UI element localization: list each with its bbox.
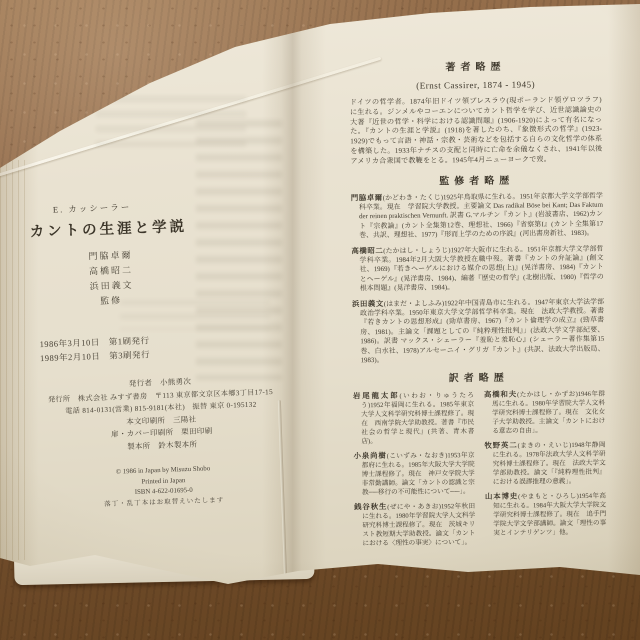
supervisor-entry: 浜田義文(はまだ・よしふみ)1922年中国青島市に生れる。1947年東京大学法学… (352, 296, 605, 365)
biography-page: 著者略歴 (Ernst Cassirer, 1874 - 1945) ドイツの哲… (349, 57, 606, 554)
author-bio-paragraph: ドイツの哲学者。1874年旧ドイツ領ブレスラウ(現ポーランド領ヴロツラフ)に生れ… (350, 96, 603, 167)
person-name: 高橋和夫 (484, 390, 517, 399)
book-title: カントの生涯と学説 (29, 212, 280, 242)
person-name: 岩尾龍太郎 (353, 391, 400, 400)
translator-entry: 山本博史(やまもと・ひろし)1954年高知に生れる。1984年大阪大学大学院文学… (485, 491, 606, 538)
translator-entry: 小泉尚樹(こいずみ・なおき)1953年京都府に生れる。1985年大阪大学大学院博… (354, 451, 475, 498)
person-name: 高橋昭二 (351, 246, 383, 255)
translator-entry: 高橋和夫(たかはし・かずお)1946年群馬に生れる。1980年学習院大学人文科学… (484, 389, 605, 436)
translator-entry: 牧野英二(まきの・えいじ)1948年静岡に生れる。1978年法政大学人文科学研究… (484, 440, 605, 487)
person-name: 銭谷秋生 (354, 502, 387, 511)
person-name: 山本博史 (485, 492, 518, 501)
publisher-block: 発行者 小熊勇次 発行所 株式会社 みすず書房 〒113 東京都文京区本郷3丁目… (35, 373, 287, 457)
person-bio: (かどわき・たくじ)1925年鳥取県に生れる。1951年京都大学文学部哲学科卒業… (359, 192, 603, 239)
copyright-block: © 1986 in Japan by Misuzu Shobo Printed … (38, 462, 289, 513)
person-name: 小泉尚樹 (354, 451, 387, 460)
supervisor-entries: 門脇卓爾(かどわき・たくじ)1925年鳥取県に生れる。1951年京都大学文学部哲… (351, 190, 605, 366)
person-name: 浜田義文 (352, 299, 384, 308)
supervisors-heading: 監修者略歴 (351, 170, 603, 188)
left-page-edge-stack (0, 160, 26, 560)
translator-entry: 岩尾龍太郎(いわお・りゅうたろう)1952年福岡に生れる。1985年東京大学人文… (353, 391, 475, 447)
author-bio-heading: 著者略歴 (349, 57, 601, 75)
person-bio: (はまだ・よしふみ)1922年中国青島市に生れる。1947年東京大学法学部政治学… (360, 298, 604, 364)
person-name: 牧野英二 (484, 441, 517, 450)
translator-column-right: 高橋和夫(たかはし・かずお)1946年群馬に生れる。1980年学習院大学人文科学… (484, 389, 607, 552)
person-bio: (たかはし・しょうじ)1927年大阪市に生れる。1951年京都大学文学部哲学科卒… (359, 245, 603, 292)
translators-heading: 訳者略歴 (353, 368, 605, 386)
editors-list: 門脇卓爾 高橋昭二 浜田義文 監修 (88, 243, 282, 310)
translator-entry: 銭谷秋生(ぜにや・あきお)1952年秋田に生れる。1980年学習院大学人文科学研… (354, 502, 475, 549)
supervisor-entry: 門脇卓爾(かどわき・たくじ)1925年鳥取県に生れる。1951年京都大学文学部哲… (351, 190, 603, 241)
translator-column-left: 岩尾龍太郎(いわお・りゅうたろう)1952年福岡に生れる。1985年東京大学人文… (353, 391, 476, 554)
person-name: 門脇卓爾 (351, 193, 383, 202)
colophon-page: E. カッシーラー カントの生涯と学説 門脇卓爾 高橋昭二 浜田義文 監修 19… (29, 196, 290, 513)
edition-dates: 1986年3月10日 第1刷発行 1989年2月10日 第3刷発行 (39, 329, 284, 365)
author-name-roman: (Ernst Cassirer, 1874 - 1945) (350, 79, 602, 92)
translator-entries: 岩尾龍太郎(いわお・りゅうたろう)1952年福岡に生れる。1985年東京大学人文… (353, 389, 607, 554)
supervisor-entry: 高橋昭二(たかはし・しょうじ)1927年大阪市に生れる。1951年京都大学文学部… (351, 243, 603, 294)
